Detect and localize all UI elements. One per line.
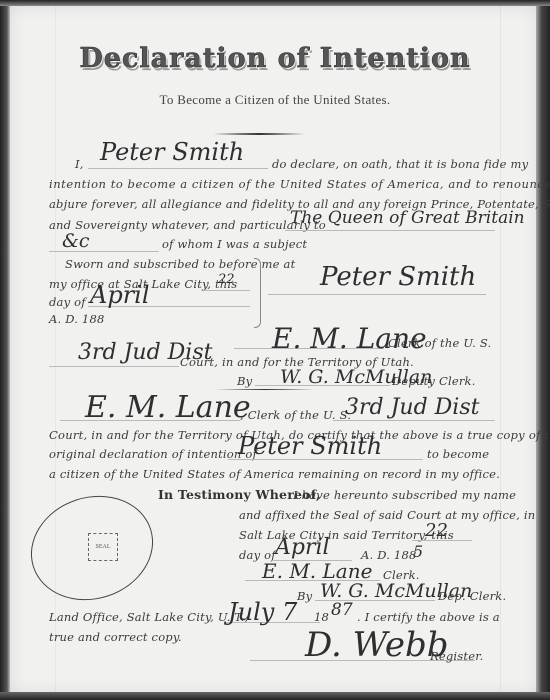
sworn-year-label: A. D. 188 (49, 312, 105, 326)
declaration-line2: intention to become a citizen of the Uni… (49, 177, 550, 191)
clerk-label: Clerk of the U. S. (388, 336, 491, 350)
register-signature: D. Webb (305, 625, 449, 665)
testimony-line2: and affixed the Seal of said Court at my… (239, 508, 535, 522)
scan-edge-top (0, 0, 550, 6)
testimony-by-label: By (297, 589, 312, 603)
land-office-line2: true and correct copy. (49, 630, 182, 644)
sworn-day-handwritten: 22 (218, 272, 235, 287)
cert-declarant-handwritten: Peter Smith (238, 432, 382, 460)
document-subtitle: To Become a Citizen of the United States… (0, 92, 550, 108)
district-line (49, 366, 179, 367)
cert-line3-end: to become (427, 447, 489, 461)
sworn-month-handwritten: April (90, 281, 150, 309)
declarant-name-handwritten: Peter Smith (100, 138, 244, 166)
sovereign-line (285, 230, 495, 231)
land-office-date-handwritten: July 7 (228, 598, 297, 626)
sworn-day-line (205, 290, 250, 291)
cert-district-line (333, 420, 495, 421)
scan-edge-bottom (0, 692, 550, 700)
bracket (254, 258, 261, 328)
declaration-line1: do declare, on oath, that it is bona fid… (272, 157, 528, 171)
ornament-divider (213, 133, 305, 135)
document-title: Declaration of Intention (0, 43, 550, 74)
testimony-month-handwritten: April (275, 535, 330, 560)
land-office-line1: Land Office, Salt Lake City, U. T., (49, 610, 248, 624)
cert-clerk-handwritten: E. M. Lane (85, 390, 251, 425)
name-line (88, 168, 268, 169)
declarant-signature-line (268, 294, 486, 295)
testimony-deputy-label: Dep. Clerk. (438, 589, 506, 603)
land-office-line1-end: . I certify the above is a (357, 610, 500, 624)
declaration-line5: of whom I was a subject (162, 237, 307, 251)
land-office-year-digits: 87 (331, 600, 353, 620)
sworn-line3: day of (49, 295, 86, 309)
declarant-signature: Peter Smith (320, 262, 476, 292)
testimony-line1: I have hereunto subscribed my name (293, 488, 516, 502)
sovereign-handwritten: The Queen of Great Britain (290, 208, 525, 228)
cert-district-handwritten: 3rd Jud Dist (345, 395, 479, 420)
seal-label: SEAL (96, 544, 111, 550)
declaration-i: I, (75, 157, 84, 171)
testimony-day-handwritten: 22 (425, 520, 448, 541)
land-office-year-label: 18 (314, 610, 329, 624)
sovereign-cont-handwritten: &c (62, 230, 90, 252)
testimony-year-digit: 5 (413, 542, 423, 561)
by-label: By (237, 374, 252, 388)
cert-line3: original declaration of intention of (49, 447, 257, 461)
cert-line4: a citizen of the United States of Americ… (49, 467, 500, 481)
deputy-label: Deputy Clerk. (392, 374, 476, 388)
register-label: Register. (430, 649, 484, 663)
seal-box: SEAL (88, 533, 118, 561)
